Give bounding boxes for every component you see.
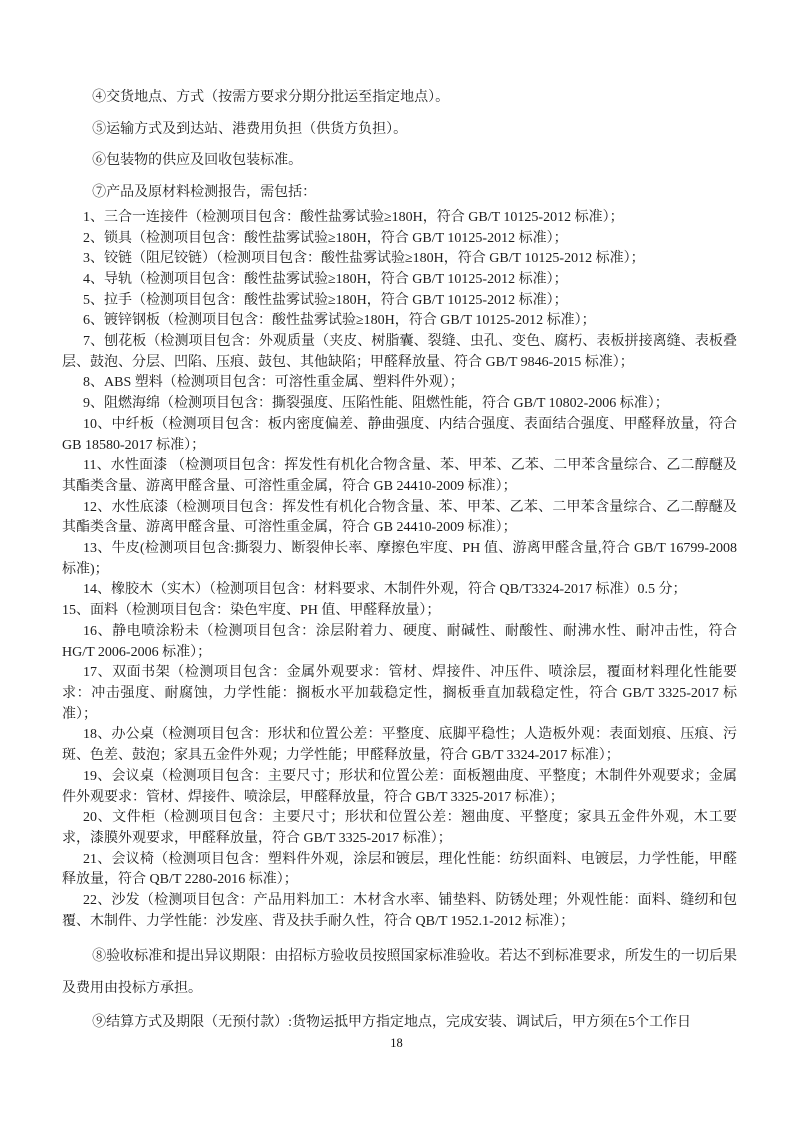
clause-packaging: ⑥包装物的供应及回收包装标准。 bbox=[62, 151, 737, 172]
spec-item-waterborne-topcoat: 11、水性面漆 （检测项目包含：挥发性有机化合物含量、苯、甲苯、乙苯、二甲苯含量… bbox=[62, 456, 737, 497]
spec-item-office-desk: 18、办公桌（检测项目包含：形状和位置公差：平整度、底脚平稳性；人造板外观：表面… bbox=[62, 725, 737, 766]
spec-item-mdf: 10、中纤板（检测项目包含：板内密度偏差、静曲强度、内结合强度、表面结合强度、甲… bbox=[62, 415, 737, 456]
document-page: ④交货地点、方式（按需方要求分期分批运至指定地点）。 ⑤运输方式及到达站、港费用… bbox=[0, 0, 793, 1122]
clause-delivery-location: ④交货地点、方式（按需方要求分期分批运至指定地点）。 bbox=[62, 88, 737, 109]
spec-item-hinge: 3、铰链（阻尼铰链）（检测项目包含：酸性盐雾试验≥180H，符合 GB/T 10… bbox=[62, 249, 737, 270]
clause-test-reports-heading: ⑦产品及原材料检测报告，需包括： bbox=[62, 183, 737, 204]
spec-item-galvanized-sheet: 6、镀锌钢板（检测项目包含：酸性盐雾试验≥180H，符合 GB/T 10125-… bbox=[62, 311, 737, 332]
spec-item-connector: 1、三合一连接件（检测项目包含：酸性盐雾试验≥180H，符合 GB/T 1012… bbox=[62, 208, 737, 229]
spec-item-rail: 4、导轨（检测项目包含：酸性盐雾试验≥180H，符合 GB/T 10125-20… bbox=[62, 270, 737, 291]
spec-item-double-bookshelf: 17、双面书架（检测项目包含：金属外观要求：管材、焊接件、冲压件、喷涂层，覆面材… bbox=[62, 663, 737, 725]
spec-item-conference-chair: 21、会议椅（检测项目包含：塑料件外观，涂层和镀层，理化性能：纺织面料、电镀层，… bbox=[62, 850, 737, 891]
spec-item-electrostatic-powder: 16、静电喷涂粉未（检测项目包含：涂层附着力、硬度、耐碱性、耐酸性、耐沸水性、耐… bbox=[62, 622, 737, 663]
spec-item-handle: 5、拉手（检测项目包含：酸性盐雾试验≥180H，符合 GB/T 10125-20… bbox=[62, 291, 737, 312]
spec-item-file-cabinet: 20、文件柜（检测项目包含：主要尺寸；形状和位置公差：翘曲度、平整度；家具五金件… bbox=[62, 808, 737, 849]
spec-item-sofa: 22、沙发（检测项目包含：产品用料加工：木材含水率、铺垫料、防锈处理；外观性能：… bbox=[62, 891, 737, 932]
clause-acceptance-standard: ⑧验收标准和提出异议期限：由招标方验收员按照国家标准验收。若达不到标准要求，所发… bbox=[62, 941, 737, 1004]
spec-item-flame-retardant-foam: 9、阻燃海绵（检测项目包含：撕裂强度、压陷性能、阻燃性能，符合 GB/T 108… bbox=[62, 394, 737, 415]
clause-transport-costs: ⑤运输方式及到达站、港费用负担（供货方负担）。 bbox=[62, 120, 737, 141]
spec-item-cowhide: 13、牛皮(检测项目包含:撕裂力、断裂伸长率、摩擦色牢度、PH 值、游离甲醛含量… bbox=[62, 539, 737, 580]
spec-item-particle-board: 7、刨花板（检测项目包含：外观质量（夹皮、树脂囊、裂缝、虫孔、变色、腐朽、表板拼… bbox=[62, 332, 737, 373]
spec-item-waterborne-primer: 12、水性底漆（检测项目包含：挥发性有机化合物含量、苯、甲苯、乙苯、二甲苯含量综… bbox=[62, 498, 737, 539]
spec-item-fabric: 15、面料（检测项目包含：染色牢度、PH 值、甲醛释放量）； bbox=[62, 601, 737, 622]
clause-settlement-terms: ⑨结算方式及期限（无预付款）:货物运抵甲方指定地点，完成安装、调试后，甲方须在5… bbox=[62, 1007, 737, 1039]
spec-item-rubberwood: 14、橡胶木（实木）（检测项目包含：材料要求、木制件外观，符合 QB/T3324… bbox=[62, 580, 737, 601]
spec-item-conference-table: 19、会议桌（检测项目包含：主要尺寸；形状和位置公差：面板翘曲度、平整度；木制件… bbox=[62, 767, 737, 808]
spec-item-abs-plastic: 8、ABS 塑料（检测项目包含：可溶性重金属、塑料件外观）； bbox=[62, 373, 737, 394]
page-number: 18 bbox=[0, 1036, 793, 1051]
spec-item-lock: 2、锁具（检测项目包含：酸性盐雾试验≥180H，符合 GB/T 10125-20… bbox=[62, 229, 737, 250]
